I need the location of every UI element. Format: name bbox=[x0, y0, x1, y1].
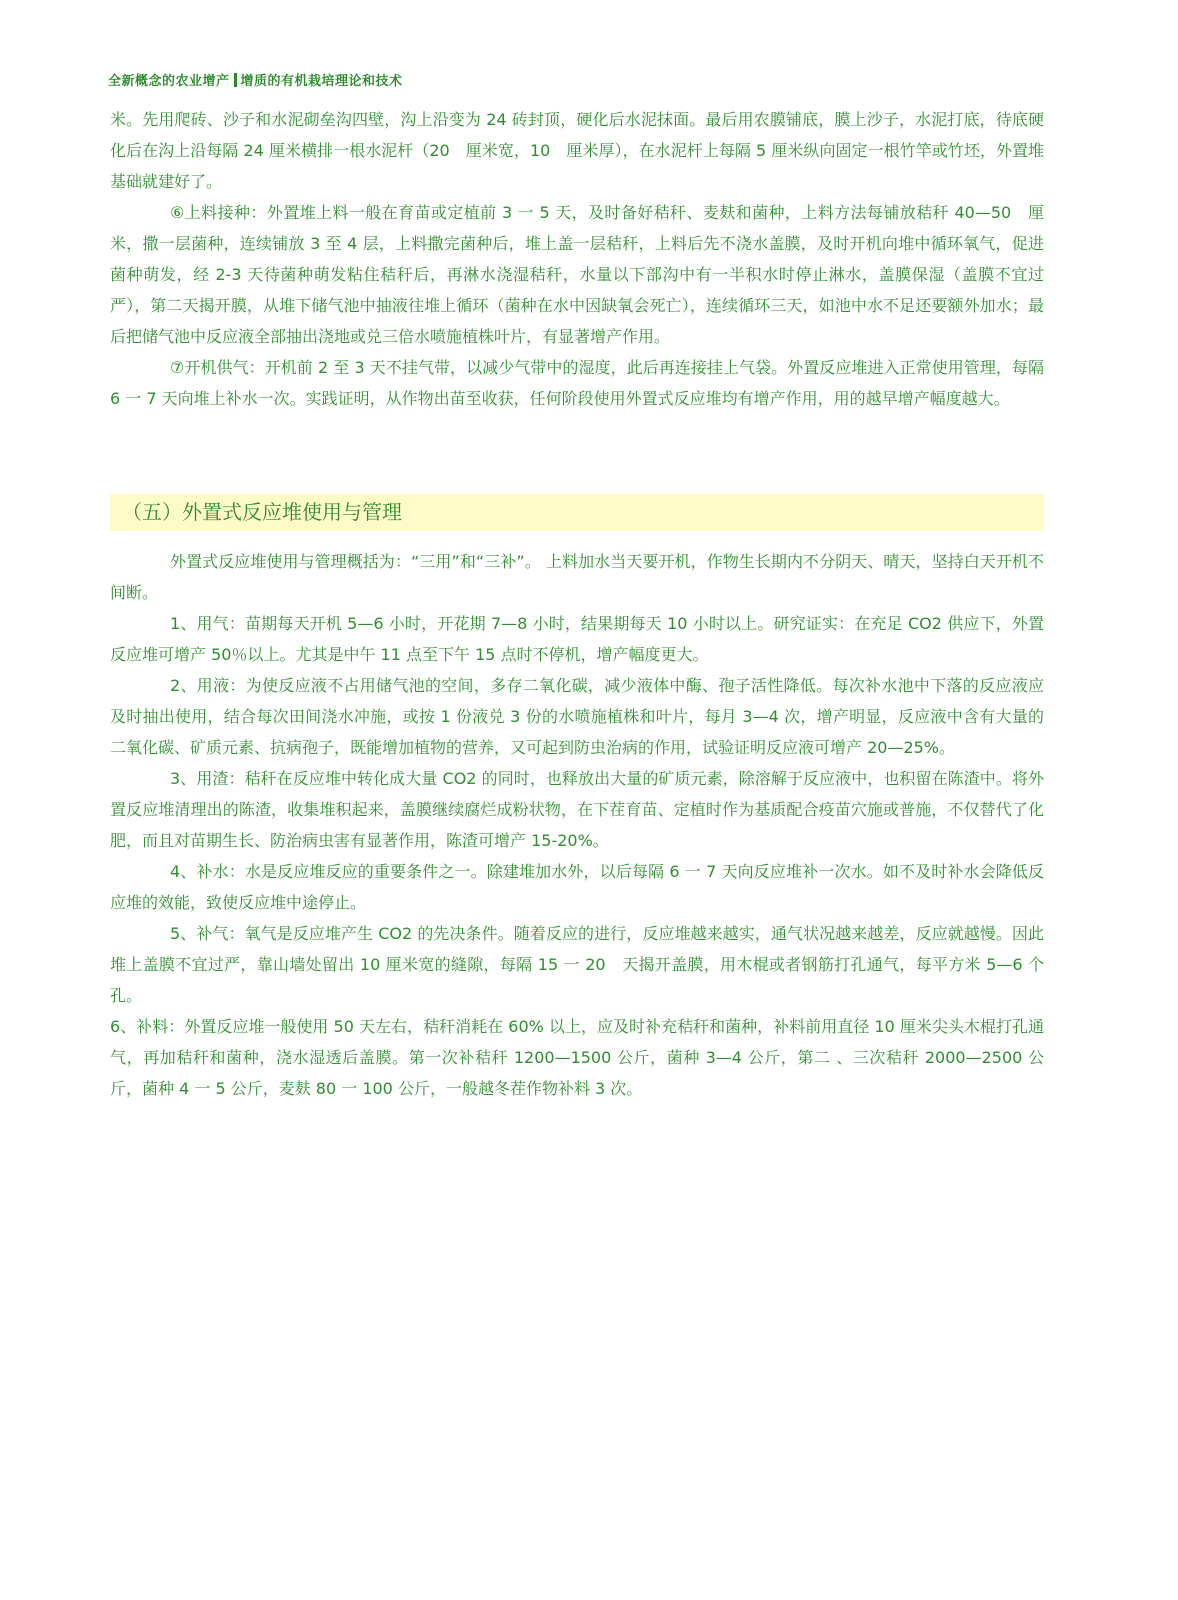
paragraph-add-water: 4、补水：水是反应堆反应的重要条件之一。除建堆加水外，以后每隔 6 一 7 天向… bbox=[110, 856, 1044, 918]
paragraph-use-liquid: 2、用液：为使反应液不占用储气池的空间，多存二氧化碳，减少液体中酶、孢子活性降低… bbox=[110, 670, 1044, 763]
section-heading: （五）外置式反应堆使用与管理 bbox=[122, 497, 402, 527]
body-part-2: 外置式反应堆使用与管理概括为：“三用”和“三补”。 上料加水当天要开机，作物生长… bbox=[110, 546, 1044, 1104]
body-part-1: 米。先用爬砖、沙子和水泥砌垒沟四壁，沟上沿变为 24 砖封顶，硬化后水泥抹面。最… bbox=[110, 104, 1044, 414]
header-separator bbox=[234, 73, 237, 87]
paragraph-add-material: 6、补料：外置反应堆一般使用 50 天左右，秸秆消耗在 60% 以上，应及时补充… bbox=[110, 1011, 1044, 1104]
paragraph-loading-inoculation: ⑥上料接种：外置堆上料一般在育苗或定植前 3 一 5 天，及时备好秸秆、麦麸和菌… bbox=[110, 197, 1044, 352]
paragraph-add-air: 5、补气：氧气是反应堆产生 CO2 的先决条件。随着反应的进行，反应堆越来越实，… bbox=[110, 918, 1044, 1011]
header-book-title: 全新概念的农业增产 bbox=[108, 74, 230, 89]
paragraph-start-gas-supply: ⑦开机供气：开机前 2 至 3 天不挂气带，以减少气带中的湿度，此后再连接挂上气… bbox=[110, 352, 1044, 414]
running-header: 全新概念的农业增产增质的有机栽培理论和技术 bbox=[108, 70, 403, 89]
paragraph-use-residue: 3、用渣：秸秆在反应堆中转化成大量 CO2 的同时，也释放出大量的矿质元素，除溶… bbox=[110, 763, 1044, 856]
header-chapter-title: 增质的有机栽培理论和技术 bbox=[241, 74, 403, 89]
paragraph-foundation: 米。先用爬砖、沙子和水泥砌垒沟四壁，沟上沿变为 24 砖封顶，硬化后水泥抹面。最… bbox=[110, 104, 1044, 197]
paragraph-use-gas: 1、用气：苗期每天开机 5—6 小时，开花期 7—8 小时，结果期每天 10 小… bbox=[110, 608, 1044, 670]
paragraph-summary: 外置式反应堆使用与管理概括为：“三用”和“三补”。 上料加水当天要开机，作物生长… bbox=[110, 546, 1044, 608]
